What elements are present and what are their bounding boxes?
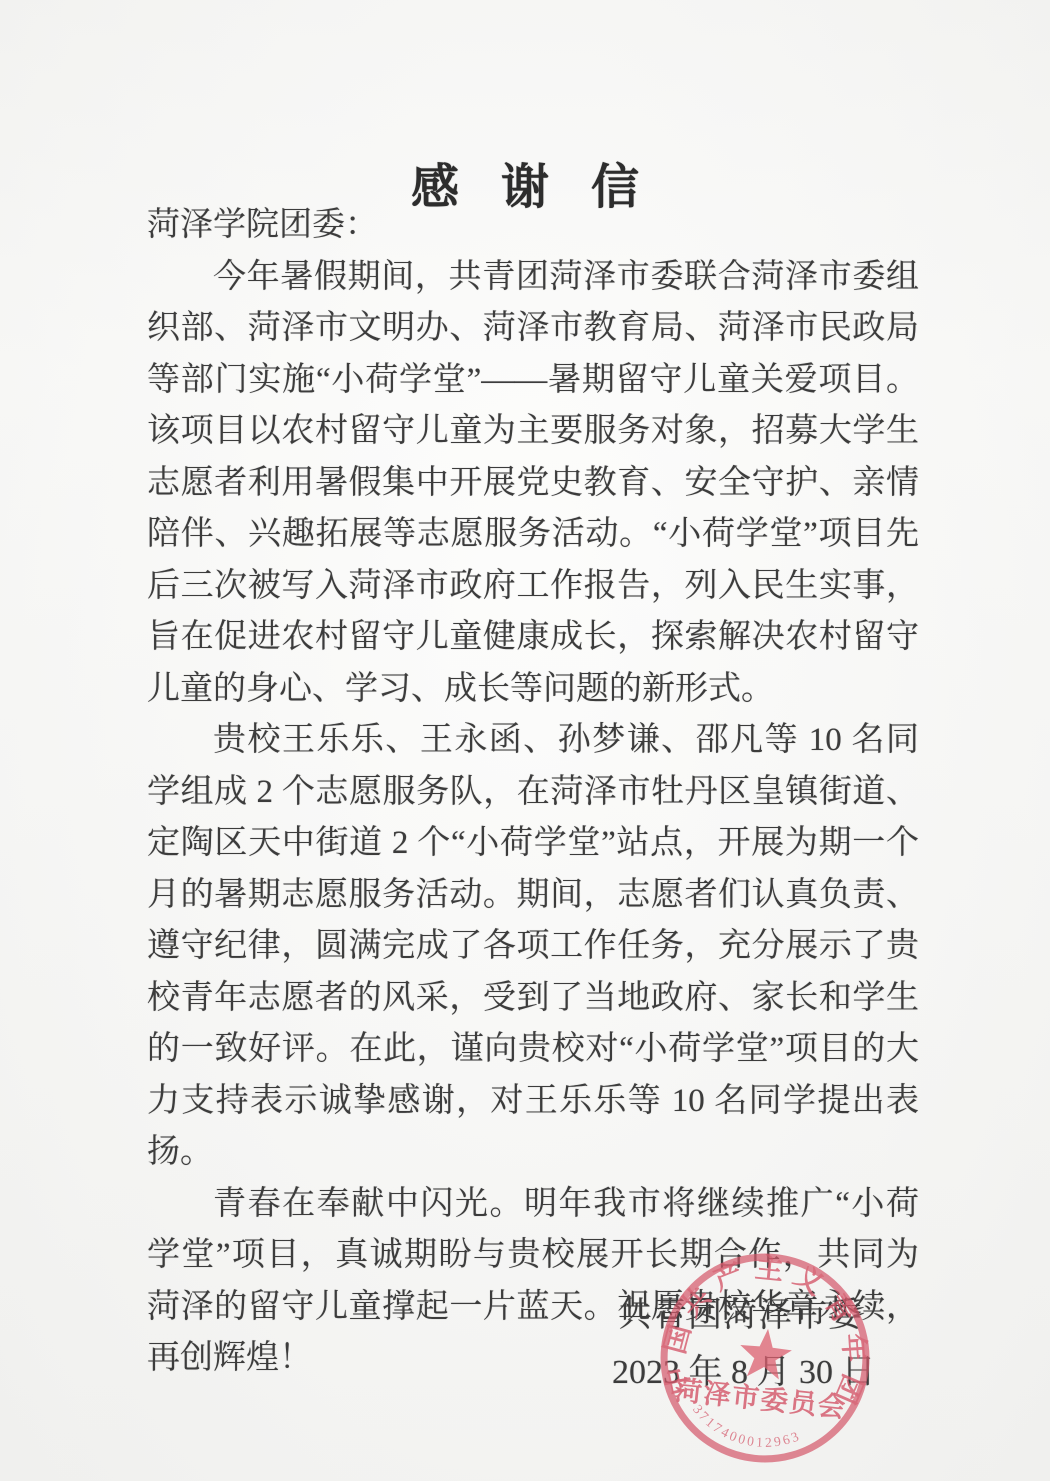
red-star-icon	[737, 1326, 794, 1380]
letter-salutation: 菏泽学院团委：	[147, 200, 919, 252]
letter-body: 菏泽学院团委： 今年暑假期间，共青团菏泽市委联合菏泽市委组织部、菏泽市文明办、菏…	[147, 200, 919, 1385]
thank-you-letter-page: 感谢信 菏泽学院团委： 今年暑假期间，共青团菏泽市委联合菏泽市委组织部、菏泽市文…	[0, 0, 1050, 1481]
letter-paragraph: 贵校王乐乐、王永函、孙梦谦、邵凡等 10 名同学组成 2 个志愿服务队，在菏泽市…	[147, 715, 919, 1179]
letter-paragraph: 今年暑假期间，共青团菏泽市委联合菏泽市委组织部、菏泽市文明办、菏泽市教育局、菏泽…	[147, 252, 919, 716]
official-seal: 中国共产主义青年团 菏泽市委员会 3717400012963	[645, 1238, 885, 1478]
